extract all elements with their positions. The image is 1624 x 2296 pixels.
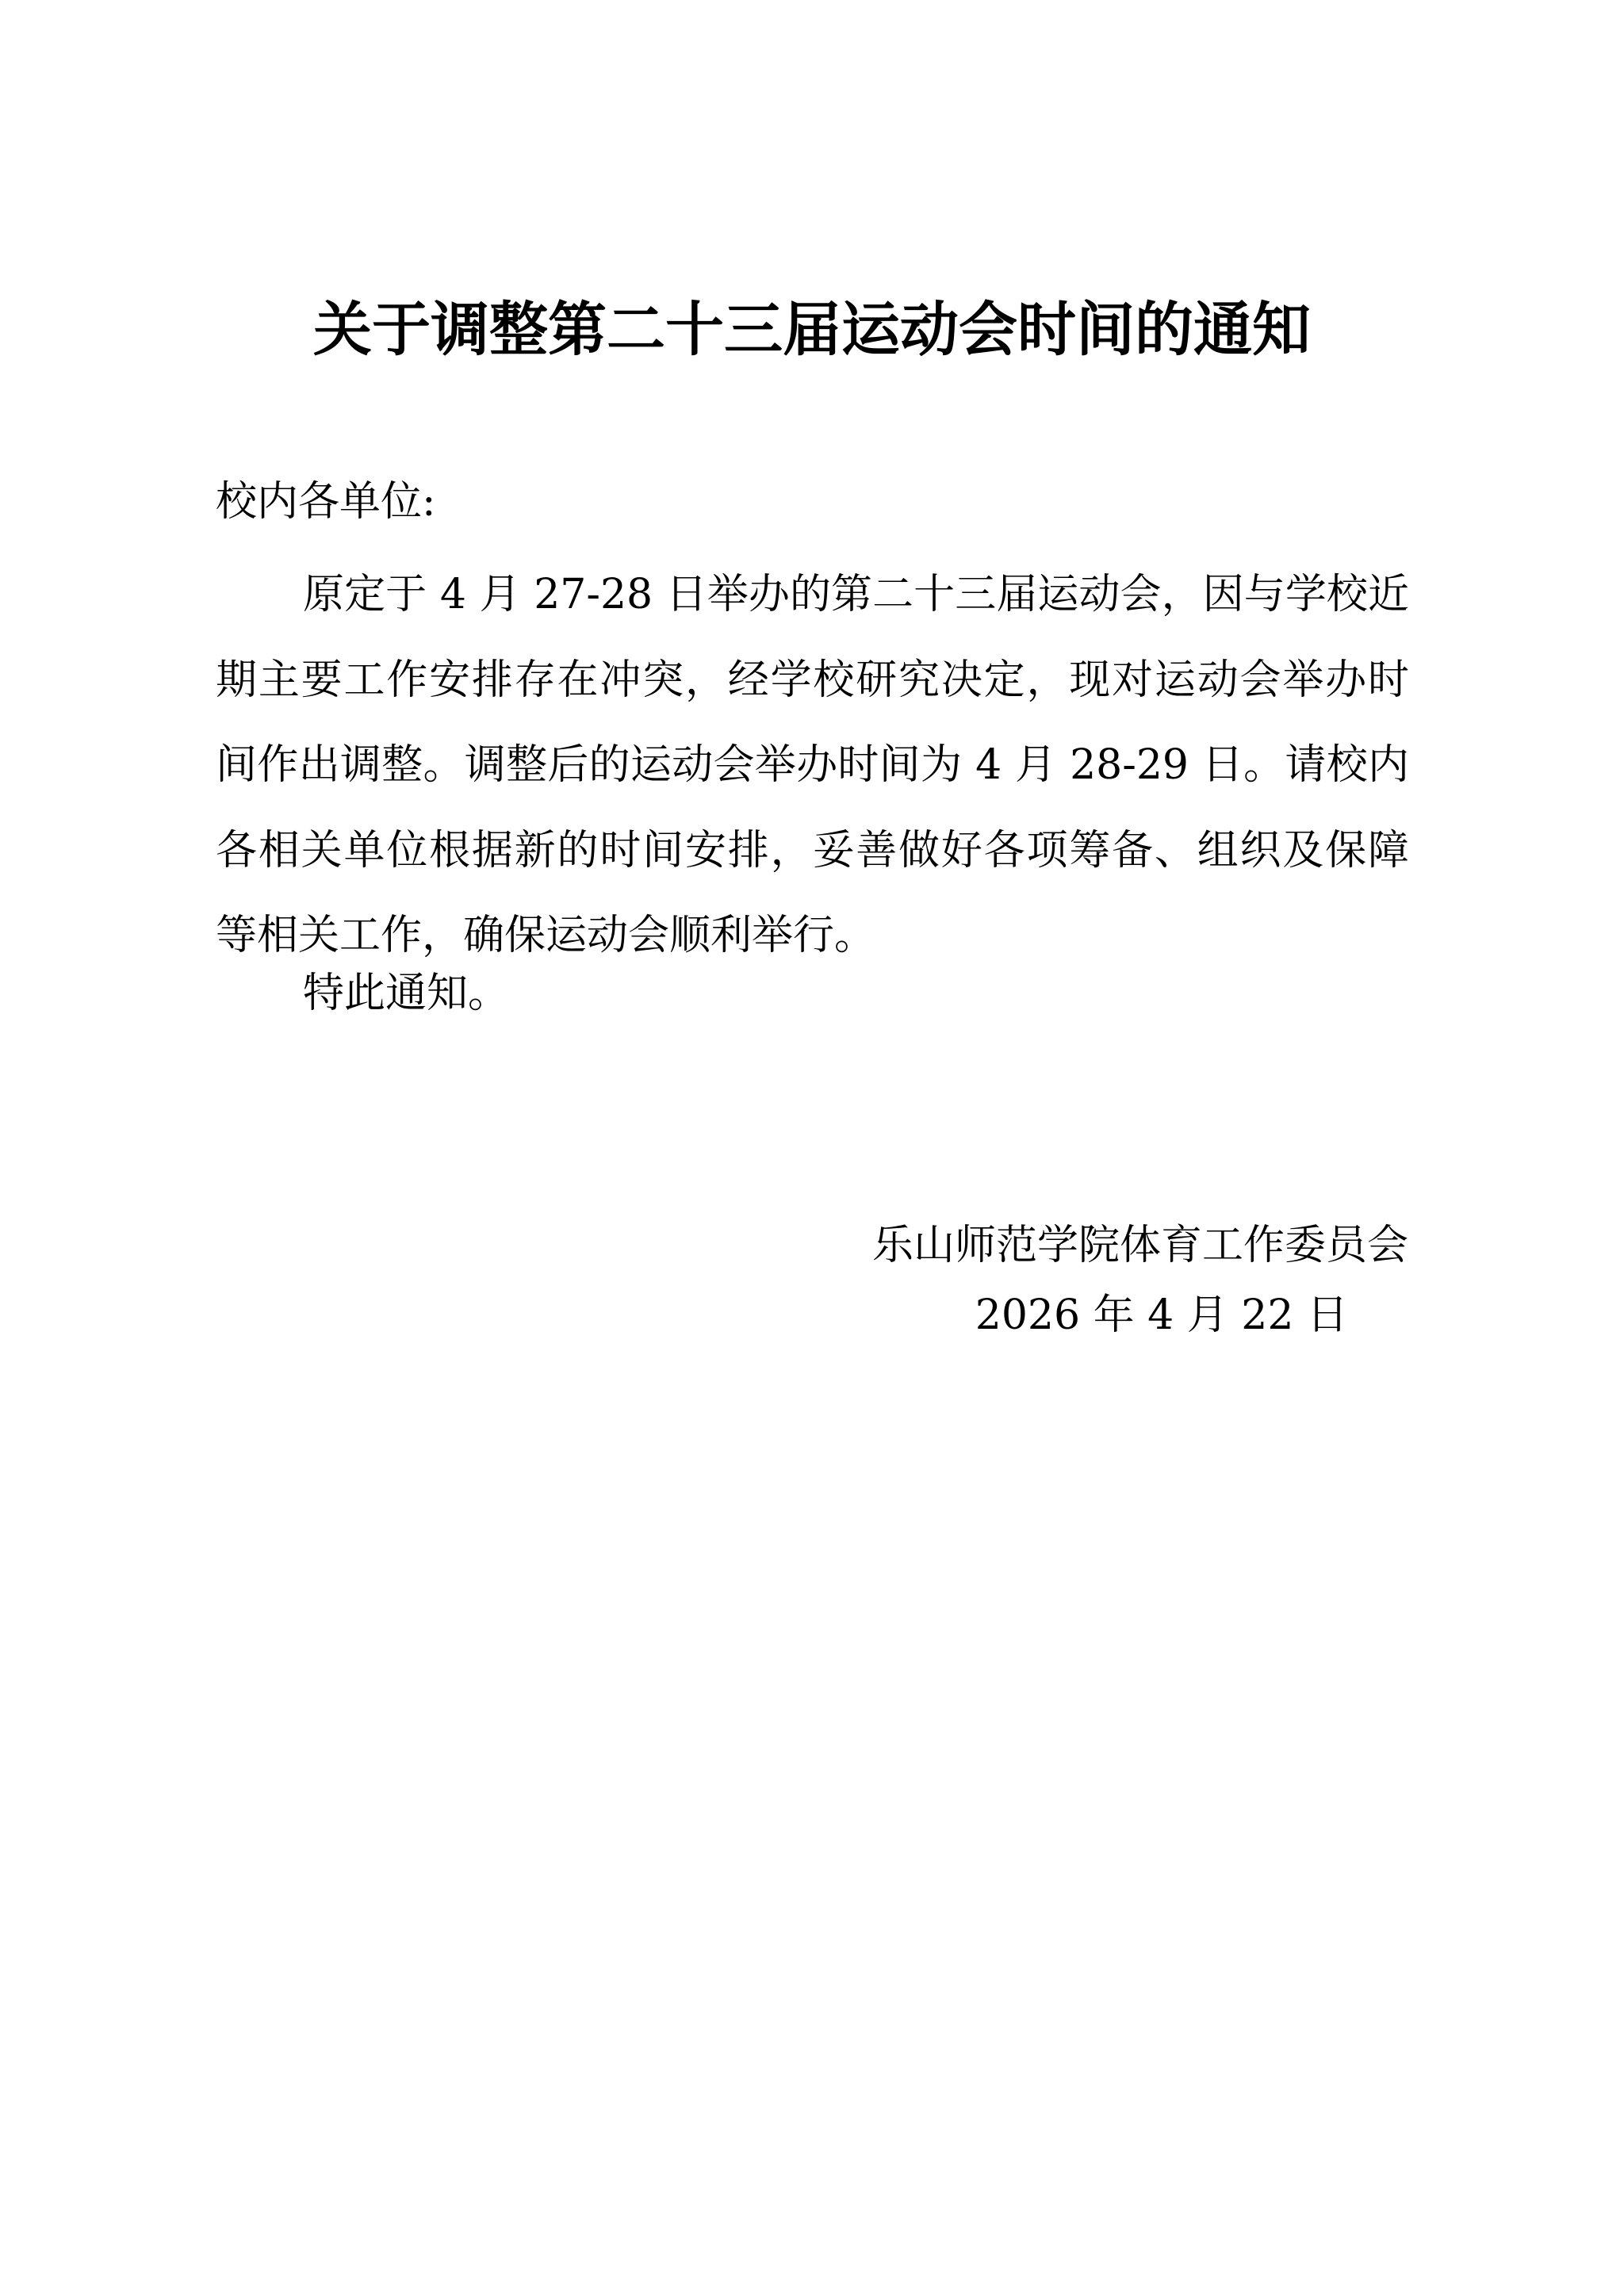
issue-date: 2026 年 4 月 22 日: [975, 1288, 1348, 1343]
notice-page: 关于调整第二十三届运动会时间的通知 校内各单位: 原定于 4 月 27-28 日…: [0, 0, 1624, 2296]
body-paragraph: 原定于 4 月 27-28 日举办的第二十三届运动会，因与学校近期主要工作安排存…: [216, 553, 1409, 979]
greeting: 校内各单位:: [216, 474, 436, 530]
closing-line: 特此通知。: [303, 966, 509, 1021]
notice-title: 关于调整第二十三届运动会时间的通知: [0, 290, 1624, 369]
issuer-signature: 乐山师范学院体育工作委员会: [872, 1218, 1408, 1273]
